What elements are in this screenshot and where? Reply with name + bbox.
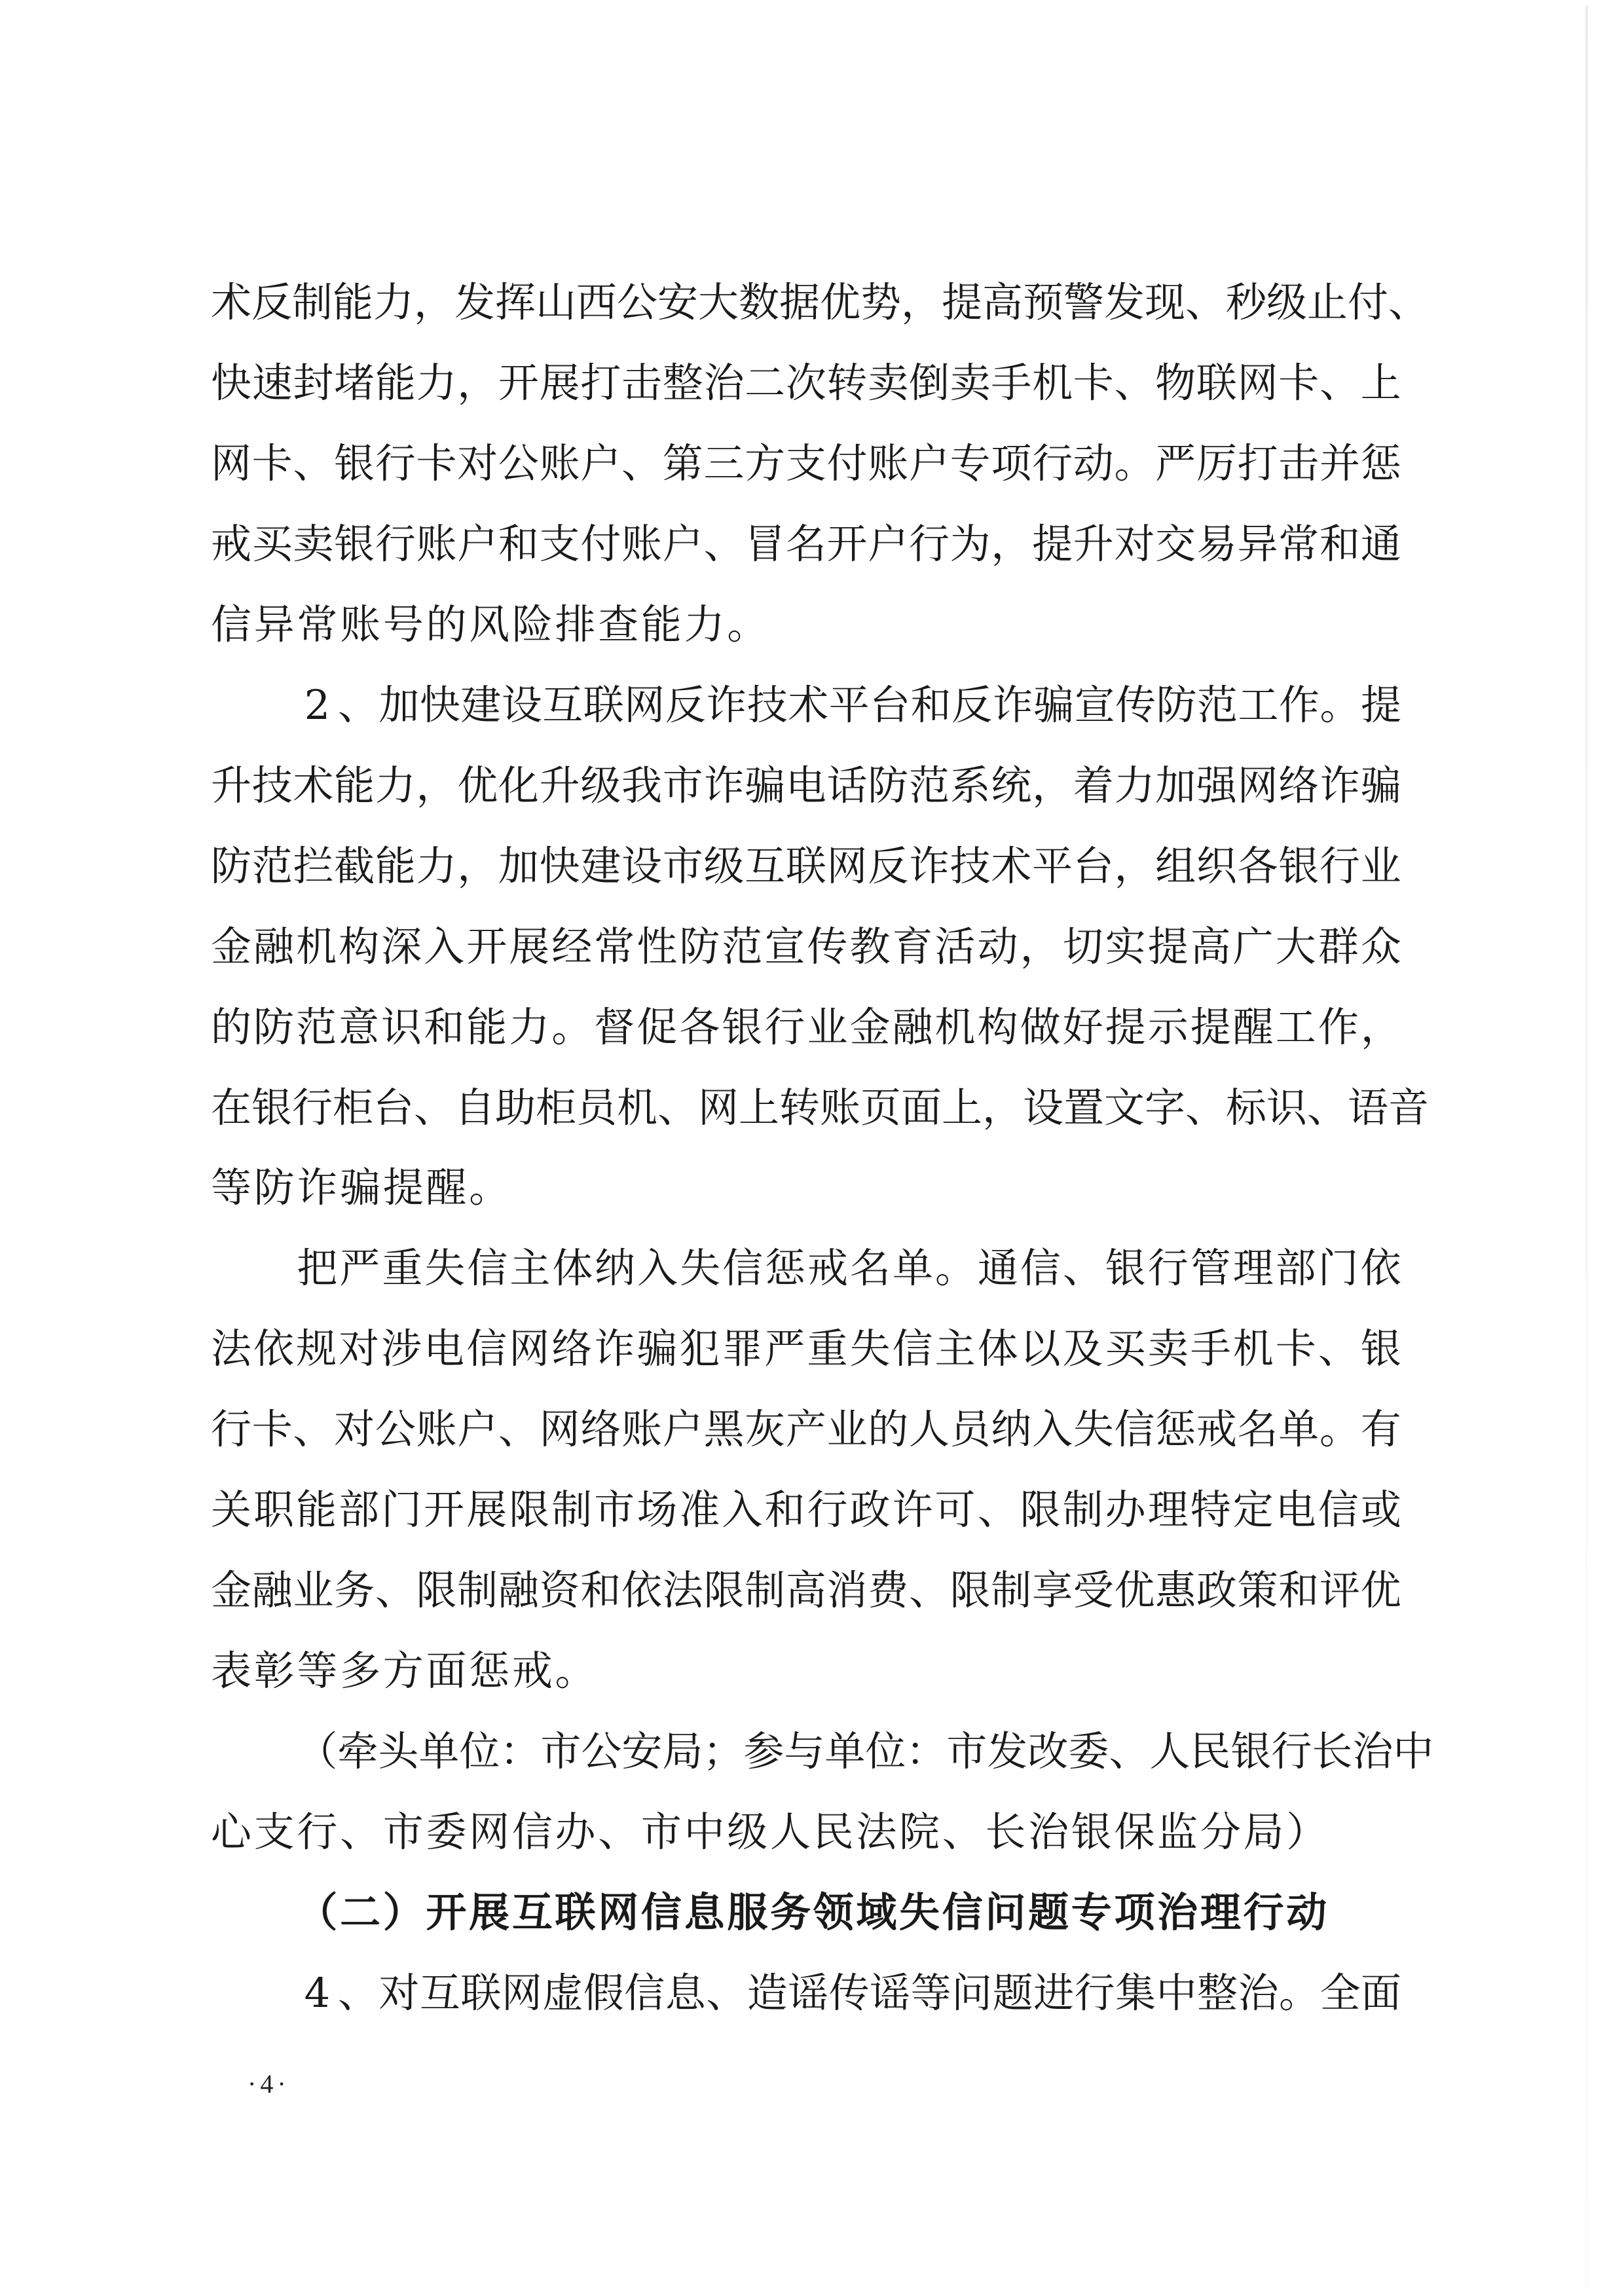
glyph: 委 [1068, 1728, 1109, 1775]
glyph: 警 [1063, 279, 1104, 326]
glyph: 买 [252, 521, 293, 568]
glyph: 单 [824, 1728, 865, 1775]
glyph: 关 [211, 1486, 251, 1533]
glyph: 业 [1361, 843, 1401, 890]
glyph: 音 [1388, 1084, 1429, 1131]
glyph: 务 [770, 1889, 811, 1936]
glyph: 账 [621, 1406, 662, 1453]
glyph: 台 [373, 1084, 414, 1131]
glyph: 限 [416, 1567, 457, 1614]
glyph: 险 [512, 601, 553, 648]
glyph: 开 [498, 359, 539, 407]
glyph: 机 [296, 923, 337, 970]
glyph: 罪 [722, 1325, 762, 1372]
glyph: 机 [1233, 1325, 1274, 1372]
glyph: 制 [457, 1567, 498, 1614]
glyph: 力 [1114, 762, 1154, 809]
glyph: 公 [581, 1728, 621, 1775]
glyph: 群 [1318, 923, 1359, 970]
glyph: 限 [703, 1567, 744, 1614]
glyph: 惩 [1155, 1406, 1196, 1453]
glyph: 反 [951, 682, 992, 729]
glyph: 能 [334, 762, 375, 809]
glyph: 、 [703, 521, 744, 568]
glyph: 卡 [1278, 359, 1319, 407]
glyph: 民 [1190, 1728, 1230, 1775]
glyph: 设 [621, 843, 662, 890]
glyph: 、 [1388, 279, 1429, 326]
glyph: 信 [467, 1245, 507, 1292]
glyph: 诈 [706, 682, 747, 729]
glyph: 互 [420, 1970, 460, 2017]
glyph: 势 [860, 279, 901, 326]
glyph: 常 [297, 601, 337, 648]
glyph: 方 [383, 1647, 424, 1695]
glyph: 防 [253, 1004, 294, 1051]
glyph: 深 [381, 923, 422, 970]
glyph: 制 [1063, 1486, 1103, 1533]
text-line: 戒买卖银行账户和支付账户、冒名开户行为，提升对交易异常和通戒买卖银行账户和支付账… [211, 521, 1401, 568]
glyph: 名 [1238, 1406, 1278, 1453]
glyph: 打 [580, 359, 621, 407]
glyph: 金 [211, 923, 251, 970]
glyph: 提 [1148, 923, 1189, 970]
glyph: 整 [663, 359, 703, 407]
glyph: 戒 [1196, 1406, 1237, 1453]
glyph: 快 [420, 682, 460, 729]
glyph: 动 [1073, 440, 1114, 487]
glyph: 专 [950, 440, 991, 487]
glyph: 户 [580, 440, 621, 487]
glyph: 严 [339, 1245, 380, 1292]
glyph: 治 [1238, 1970, 1279, 2017]
glyph: 号 [383, 601, 424, 648]
glyph: 策 [1238, 1567, 1278, 1614]
glyph: 纳 [991, 1406, 1031, 1453]
glyph: 账 [416, 1406, 457, 1453]
glyph: 并 [1319, 440, 1360, 487]
glyph: 卡 [1073, 359, 1114, 407]
glyph: 、 [340, 1808, 380, 1856]
glyph: 山 [536, 279, 576, 326]
glyph: 提 [383, 1164, 424, 1211]
glyph: 范 [252, 843, 293, 890]
glyph: （ [297, 1889, 337, 1936]
glyph: 网 [827, 843, 868, 890]
glyph: 拦 [293, 843, 333, 890]
glyph: 动 [1286, 1889, 1327, 1936]
glyph: 中 [1393, 1728, 1433, 1775]
glyph: 信 [1318, 1486, 1359, 1533]
glyph: 受 [1073, 1567, 1114, 1614]
text-line: 关职能部门开展限制市场准入和行政许可、限制办理特定电信或关职能部门开展限制市场准… [211, 1486, 1401, 1533]
glyph: 话 [827, 762, 868, 809]
glyph: 安 [657, 279, 698, 326]
glyph: 、 [1318, 1325, 1359, 1372]
glyph: 理 [1233, 1245, 1274, 1292]
glyph: 防 [254, 1164, 295, 1211]
glyph: 行 [1244, 1889, 1284, 1936]
glyph: 行 [375, 521, 416, 568]
glyph: 级 [580, 762, 621, 809]
glyph: 通 [1361, 521, 1401, 568]
glyph: 和 [764, 1486, 805, 1533]
glyph: 户 [663, 521, 703, 568]
glyph: 提 [942, 279, 982, 326]
glyph: 、 [338, 1970, 378, 2017]
glyph: 优 [1361, 1567, 1401, 1614]
glyph: 分 [1200, 1808, 1241, 1856]
glyph: 醒 [426, 1164, 466, 1211]
glyph: 。 [1114, 440, 1154, 487]
glyph: 诈 [1319, 762, 1360, 809]
glyph: 网 [598, 1889, 638, 1936]
glyph: 头 [378, 1728, 418, 1775]
glyph: 行 [297, 1808, 337, 1856]
glyph: 骗 [745, 762, 785, 809]
glyph: 行 [1319, 843, 1360, 890]
glyph: 异 [1238, 521, 1278, 568]
glyph: 为 [950, 521, 991, 568]
glyph: 化 [498, 762, 539, 809]
glyph: 行 [1271, 1728, 1312, 1775]
glyph: 对 [334, 1406, 375, 1453]
glyph: 面 [901, 1084, 942, 1131]
text-line: 心支行、市委网信办、市中级人民法院、长治银保监分局）心支行、市委网信办、市中级人… [211, 1808, 1329, 1856]
glyph: 三 [703, 440, 744, 487]
glyph: 把 [297, 1245, 337, 1292]
glyph: 融 [498, 1567, 539, 1614]
glyph: 付 [580, 521, 621, 568]
glyph: 展 [466, 1486, 507, 1533]
glyph: 、 [338, 682, 378, 729]
glyph: 络 [1278, 762, 1319, 809]
glyph: 制 [551, 1486, 592, 1533]
glyph: 。 [469, 1164, 509, 1211]
glyph: 联 [1196, 359, 1237, 407]
glyph: ， [1114, 843, 1154, 890]
glyph: 账 [340, 601, 380, 648]
glyph: 户 [868, 521, 908, 568]
glyph: 骗 [1033, 682, 1074, 729]
text-line: 法依规对涉电信网络诈骗犯罪严重失信主体以及买卖手机卡、银法依规对涉电信网络诈骗犯… [211, 1325, 1401, 1372]
glyph: 防 [211, 843, 251, 890]
glyph: 作 [1279, 682, 1319, 729]
glyph: 柜 [536, 1084, 576, 1131]
glyph: 准 [679, 1486, 720, 1533]
glyph: ， [414, 279, 454, 326]
glyph: 动 [978, 923, 1018, 970]
glyph: 行 [807, 1486, 847, 1533]
glyph: 、 [1185, 1084, 1226, 1131]
glyph: 信 [893, 1325, 933, 1372]
glyph: 、 [706, 1970, 747, 2017]
glyph: 黑 [703, 1406, 744, 1453]
glyph: 信 [641, 1889, 682, 1936]
glyph: 联 [460, 1970, 501, 2017]
glyph: 联 [555, 1889, 596, 1936]
glyph: 范 [909, 762, 950, 809]
glyph: 业 [807, 1004, 847, 1051]
text-line: 表彰等多方面惩戒。表彰等多方面惩戒。 [211, 1647, 598, 1695]
glyph: 作 [1318, 1004, 1359, 1051]
glyph: 门 [1318, 1245, 1359, 1292]
glyph: 组 [1155, 843, 1196, 890]
glyph: 法 [663, 1567, 703, 1614]
glyph: 预 [1023, 279, 1063, 326]
glyph: 办 [1105, 1486, 1146, 1533]
glyph: 、 [498, 1406, 539, 1453]
glyph: 员 [576, 1084, 617, 1131]
text-line: 把严重失信主体纳入失信惩戒名单。通信、银行管理部门依把严重失信主体纳入失信惩戒名… [297, 1245, 1401, 1292]
glyph: 假 [583, 1970, 624, 2017]
glyph: 失 [424, 1245, 465, 1292]
glyph: 面 [426, 1647, 466, 1695]
glyph: 戒 [211, 521, 251, 568]
glyph: 发 [987, 1728, 1027, 1775]
text-line: 4、对互联网虚假信息、造谣传谣等问题进行集中整治。全面4、对互联网虚假信息、造谣… [297, 1970, 1401, 2017]
glyph: 助 [495, 1084, 536, 1131]
glyph: 、 [1307, 1084, 1348, 1131]
glyph: 反 [868, 843, 908, 890]
glyph: 防 [868, 762, 908, 809]
glyph: 场 [637, 1486, 677, 1533]
glyph: 统 [991, 762, 1031, 809]
glyph: 行 [1148, 1245, 1189, 1292]
glyph: 机 [617, 1084, 657, 1131]
glyph: 平 [829, 682, 870, 729]
text-line: 等防诈骗提醒。等防诈骗提醒。 [211, 1164, 512, 1211]
glyph: 特 [1190, 1486, 1231, 1533]
glyph: 买 [1105, 1325, 1146, 1372]
glyph: 和 [424, 1004, 464, 1051]
glyph: 账 [416, 521, 457, 568]
glyph: 账 [820, 1084, 860, 1131]
glyph: 置 [1063, 1084, 1104, 1131]
glyph: 系 [950, 762, 991, 809]
glyph: 单 [893, 1245, 933, 1292]
glyph: 反 [251, 279, 292, 326]
glyph: 银 [1105, 1245, 1146, 1292]
glyph: 和 [911, 682, 951, 729]
glyph: 。 [727, 601, 767, 648]
glyph: 意 [339, 1004, 379, 1051]
scan-edge-artifact [1585, 5, 1588, 2290]
glyph: 中 [1156, 1970, 1197, 2017]
glyph: 做 [1020, 1004, 1061, 1051]
glyph: 发 [454, 279, 495, 326]
glyph: 卡 [416, 440, 457, 487]
glyph: 倒 [909, 359, 950, 407]
glyph: 展 [509, 923, 549, 970]
glyph: 设 [1023, 1084, 1063, 1131]
glyph: 单 [1278, 1406, 1319, 1453]
text-line: 防范拦截能力，加快建设市级互联网反诈技术平台，组织各银行业防范拦截能力，加快建设… [211, 843, 1401, 890]
glyph: 查 [598, 601, 638, 648]
glyph: 对 [378, 1970, 419, 2017]
glyph: 局 [662, 1728, 703, 1775]
glyph: 优 [1114, 1567, 1154, 1614]
glyph: 电 [1276, 1486, 1316, 1533]
glyph: 信 [211, 601, 251, 648]
glyph: 提 [1361, 682, 1401, 729]
glyph: 据 [779, 279, 820, 326]
glyph: 户 [663, 1406, 703, 1453]
glyph: 等 [911, 1970, 951, 2017]
glyph: 融 [893, 1004, 933, 1051]
glyph: 评 [1319, 1567, 1360, 1614]
glyph: ， [1032, 762, 1073, 809]
glyph: 好 [1063, 1004, 1103, 1051]
glyph: 以 [1020, 1325, 1061, 1372]
glyph: 享 [1032, 1567, 1073, 1614]
text-line: 信异常账号的风险排查能力。信异常账号的风险排查能力。 [211, 601, 770, 648]
glyph: 截 [334, 843, 375, 890]
glyph: 监 [1157, 1808, 1198, 1856]
glyph: 行 [764, 1004, 805, 1051]
glyph: 制 [991, 1567, 1031, 1614]
glyph: 市 [663, 843, 703, 890]
glyph: 支 [786, 440, 826, 487]
glyph: 冒 [745, 521, 785, 568]
glyph: 上 [942, 1084, 982, 1131]
glyph: 第 [663, 440, 703, 487]
glyph: 各 [679, 1004, 720, 1051]
glyph: 次 [786, 359, 826, 407]
glyph: 技 [950, 843, 991, 890]
glyph: 提 [1190, 1004, 1231, 1051]
glyph: 人 [1149, 1728, 1190, 1775]
glyph: 卡 [252, 440, 293, 487]
glyph: 行 [1075, 1970, 1115, 2017]
glyph: 重 [807, 1325, 847, 1372]
glyph: 传 [807, 923, 847, 970]
glyph: 有 [1361, 1406, 1401, 1453]
glyph: 、 [942, 1808, 983, 1856]
glyph: ， [1020, 923, 1061, 970]
glyph: 人 [770, 1808, 811, 1856]
glyph: 醒 [1233, 1004, 1274, 1051]
glyph: 失 [849, 1325, 890, 1372]
glyph: 、 [375, 1567, 416, 1614]
glyph: 惩 [469, 1647, 509, 1695]
glyph: 止 [1307, 279, 1348, 326]
glyph: 和 [1278, 1567, 1319, 1614]
glyph: ， [982, 1084, 1023, 1131]
glyph: ） [1286, 1808, 1327, 1856]
glyph: 信 [624, 1970, 665, 2017]
glyph: 治 [1028, 1808, 1069, 1856]
glyph: 失 [899, 1889, 940, 1936]
glyph: 大 [698, 279, 739, 326]
glyph: 展 [469, 1889, 509, 1936]
glyph: 的 [868, 1406, 908, 1453]
glyph: 二 [745, 359, 785, 407]
glyph: 网 [1238, 762, 1278, 809]
glyph: 防 [1156, 682, 1197, 729]
glyph: 上 [739, 1084, 779, 1131]
glyph: 网 [502, 1970, 542, 2017]
glyph: 集 [1115, 1970, 1156, 2017]
glyph: 、 [909, 1567, 950, 1614]
glyph: 、 [978, 1486, 1018, 1533]
glyph: 、 [657, 1084, 698, 1131]
glyph: 切 [1063, 923, 1103, 970]
glyph: 加 [378, 682, 419, 729]
glyph: 公 [498, 440, 539, 487]
text-line: （牵头单位：市公安局；参与单位：市发改委、人民银行长治中（牵头单位：市公安局；参… [297, 1728, 1401, 1775]
glyph: 能 [333, 279, 373, 326]
glyph: 柜 [333, 1084, 373, 1131]
glyph: 开 [466, 923, 507, 970]
glyph: 信 [512, 1808, 553, 1856]
glyph: 加 [498, 843, 539, 890]
glyph: 入 [424, 923, 464, 970]
document-page: 术反制能力，发挥山西公安大数据优势，提高预警发现、秒级止付、术反制能力，发挥山西… [0, 0, 1624, 2295]
glyph: 金 [849, 1004, 890, 1051]
glyph: 实 [1105, 923, 1146, 970]
glyph: 行 [292, 1084, 333, 1131]
glyph: 领 [813, 1889, 854, 1936]
glyph: 高 [982, 279, 1023, 326]
glyph: 制 [745, 1567, 785, 1614]
glyph: 设 [502, 682, 542, 729]
glyph: 规 [296, 1325, 337, 1372]
glyph: 行 [909, 521, 950, 568]
glyph: 银 [1071, 1808, 1112, 1856]
glyph: 育 [893, 923, 933, 970]
glyph: 优 [457, 762, 498, 809]
glyph: 常 [594, 923, 635, 970]
glyph: 数 [739, 279, 779, 326]
glyph: ， [991, 521, 1031, 568]
glyph: 能 [375, 359, 416, 407]
glyph: 局 [1244, 1808, 1284, 1856]
glyph: 击 [1278, 440, 1319, 487]
glyph: 限 [1020, 1486, 1061, 1533]
glyph: 转 [827, 359, 868, 407]
glyph: 惩 [765, 1245, 805, 1292]
glyph: 西 [576, 279, 617, 326]
glyph: 银 [1278, 843, 1319, 890]
glyph: 心 [211, 1808, 251, 1856]
text-line: 升技术能力，优化升级我市诈骗电话防范系统，着力加强网络诈骗升技术能力，优化升级我… [211, 762, 1401, 809]
glyph: 术 [293, 762, 333, 809]
glyph: 保 [1114, 1808, 1154, 1856]
glyph: 戒 [512, 1647, 553, 1695]
glyph: 服 [727, 1889, 767, 1936]
glyph: 失 [1073, 1406, 1114, 1453]
glyph: 术 [991, 843, 1031, 890]
glyph: 许 [893, 1486, 933, 1533]
glyph: 消 [827, 1567, 868, 1614]
glyph: 息 [684, 1889, 725, 1936]
glyph: ， [1361, 1004, 1401, 1051]
glyph: 治 [703, 359, 744, 407]
glyph: 、 [293, 1406, 333, 1453]
glyph: 名 [850, 1245, 891, 1292]
glyph: 高 [786, 1567, 826, 1614]
text-line: 金融机构深入开展经常性防范宣传教育活动，切实提高广大群众金融机构深入开展经常性防… [211, 923, 1401, 970]
glyph: 加 [1155, 762, 1196, 809]
glyph: 项 [1114, 1889, 1154, 1936]
glyph: 促 [637, 1004, 677, 1051]
glyph: 。 [1320, 682, 1361, 729]
glyph: 主 [935, 1325, 976, 1372]
glyph: 主 [509, 1245, 550, 1292]
glyph: 惩 [1361, 440, 1401, 487]
glyph: 经 [551, 923, 592, 970]
